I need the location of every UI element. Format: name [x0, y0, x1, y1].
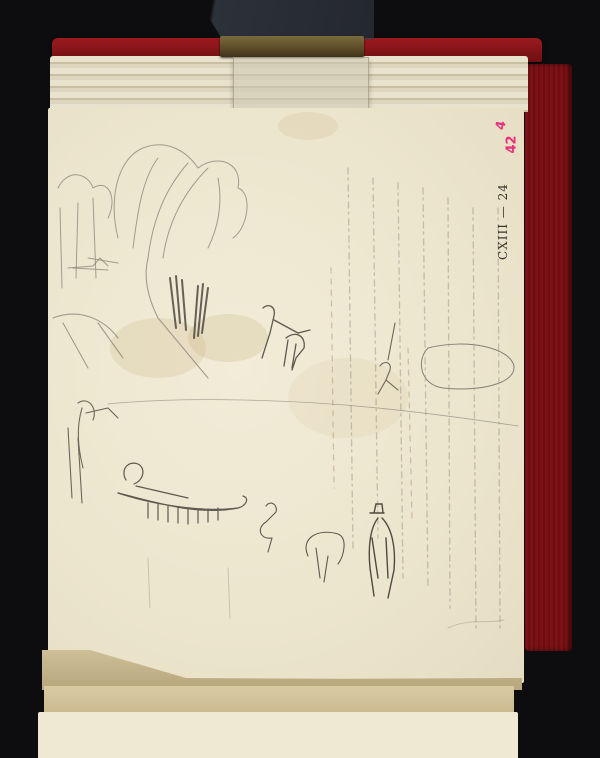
lower-tree-sketch	[68, 401, 118, 503]
brass-clip	[220, 36, 364, 57]
bending-figure-sketch	[306, 532, 344, 582]
mylar-mount-strip	[198, 0, 374, 40]
next-leaf-edge	[44, 686, 514, 714]
oval-sketch	[421, 344, 514, 389]
lower-leaf	[38, 712, 518, 758]
folio-mark-pink-42: 42	[505, 135, 520, 153]
pencil-sketches	[48, 108, 524, 683]
red-leather-binding-strap	[525, 64, 572, 651]
sketchbook-photo: 4 42 CXIII — 24	[0, 0, 600, 758]
rider-figure-sketch	[262, 306, 310, 370]
boat-sketch	[118, 463, 247, 524]
sketch-page	[48, 108, 524, 683]
archive-inscription: CXIII — 24	[496, 183, 510, 260]
standing-figure-sketch	[369, 504, 394, 598]
crouching-figure-sketch	[260, 503, 276, 552]
